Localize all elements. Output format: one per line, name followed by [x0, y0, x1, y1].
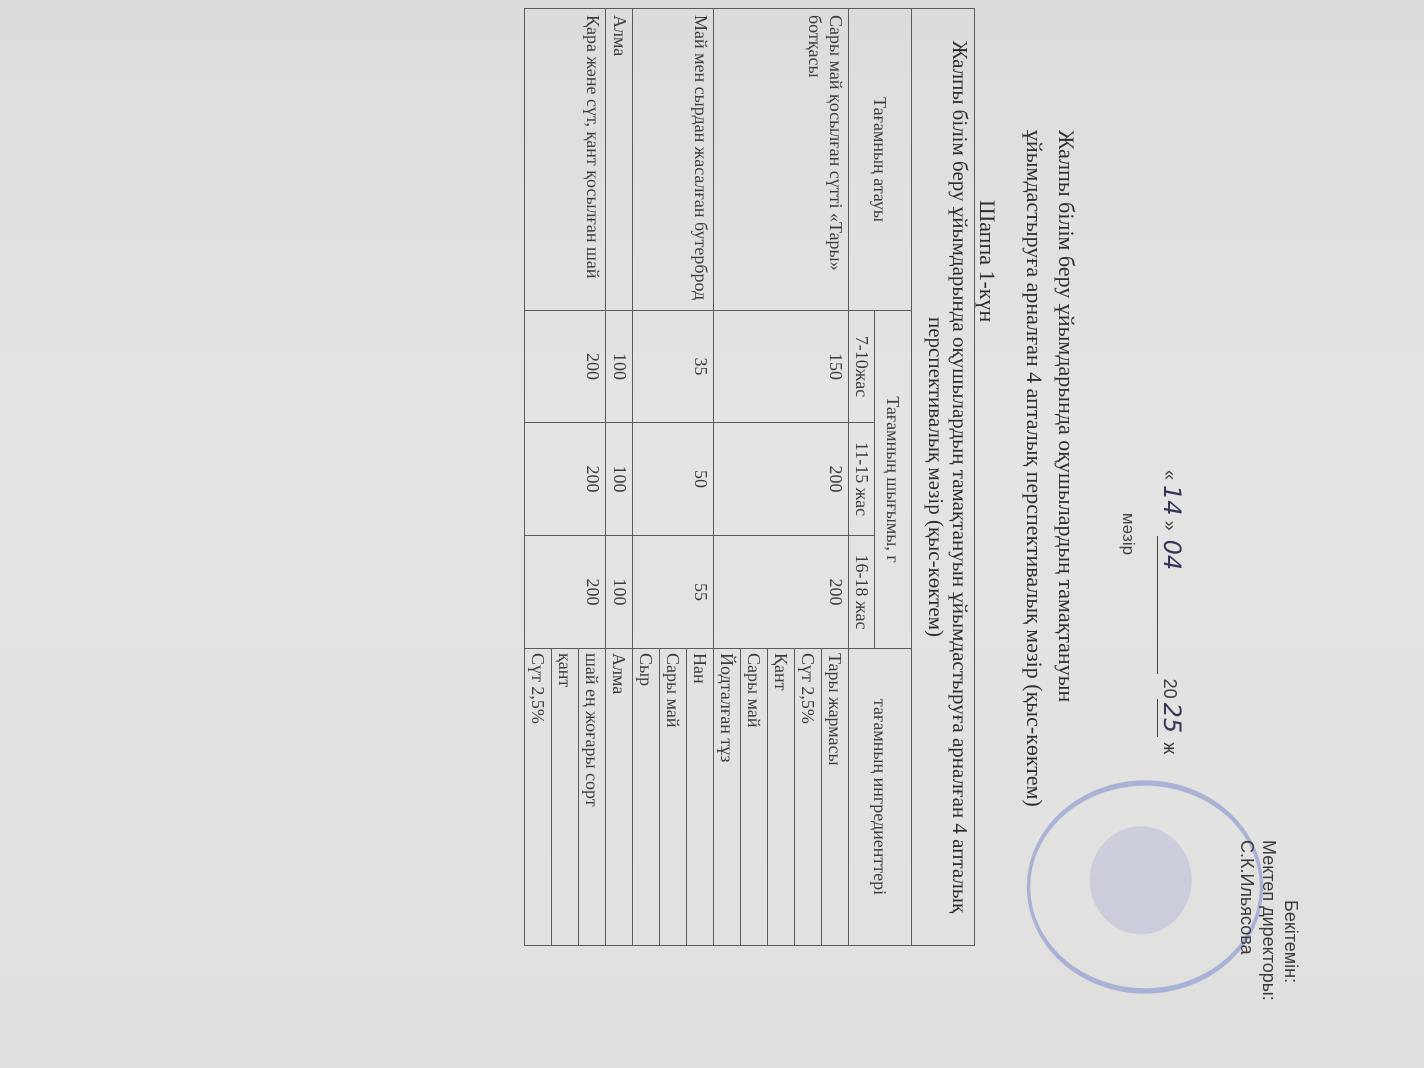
approval-name: С.К.Ильясова: [1236, 840, 1258, 1060]
table-row: Сары май қосылған сүтті «Тары» ботқасы15…: [714, 9, 849, 946]
table-row: Алма100100100Алма: [606, 9, 633, 946]
ingredient-item: Нан: [686, 649, 713, 945]
menu-table: Жалпы білім беру ұйымдарында оқушылардың…: [524, 8, 975, 946]
yield-value: 150: [714, 311, 849, 423]
approval-block: Бекітемін: Мектеп директоры: С.К.Ильясов…: [1236, 840, 1302, 1060]
ingredient-item: Сары май: [659, 649, 686, 945]
approval-date: « 14 » 04 2025 ж: [1157, 470, 1186, 1068]
yield-value: 200: [525, 536, 606, 649]
age-group-1: 7-10жас: [849, 311, 875, 423]
yield-value: 200: [525, 423, 606, 536]
yield-value: 55: [633, 536, 714, 649]
ingredient-item: Йодталған тұз: [714, 649, 740, 945]
date-year-prefix: 20: [1160, 679, 1180, 699]
header-ingredients: тағамның ингредиенттері: [849, 649, 912, 946]
header-yield: Тағамның шығымы, г: [875, 311, 912, 649]
dish-name: Алма: [606, 9, 633, 311]
ingredients-cell: шай ең жоғары сортқантСүт 2,5%: [525, 649, 606, 946]
date-day: 14: [1158, 485, 1186, 516]
ingredient-item: Тары жармасы: [821, 649, 848, 945]
menu-heading: мәзір: [1118, 0, 1138, 1068]
ingredient-item: Сүт 2,5%: [525, 649, 551, 945]
dish-name: Май мен сырдан жасалған бутерброд: [633, 9, 714, 311]
document-page: Бекітемін: Мектеп директоры: С.К.Ильясов…: [0, 0, 1424, 1068]
ingredient-item: шай ең жоғары сорт: [578, 649, 605, 945]
age-group-3: 16-18 жас: [849, 536, 875, 649]
ingredients-cell: НанСары майСыр: [633, 649, 714, 946]
date-year-suffix: 25: [1158, 703, 1186, 734]
dish-name: Сары май қосылған сүтті «Тары» ботқасы: [714, 9, 849, 311]
header-dish-name: Тағамның атауы: [849, 9, 912, 311]
ingredient-item: Қант: [767, 649, 794, 945]
title-line-2: ұйымдастыруға арналған 4 апталық перспек…: [1018, 130, 1050, 1030]
yield-value: 100: [606, 423, 633, 536]
yield-value: 35: [633, 311, 714, 423]
yield-value: 200: [714, 423, 849, 536]
table-title: Жалпы білім беру ұйымдарында оқушылардың…: [912, 9, 975, 946]
yield-value: 50: [633, 423, 714, 536]
ingredients-cell: Алма: [606, 649, 633, 946]
table-row: Май мен сырдан жасалған бутерброд355055Н…: [633, 9, 714, 946]
title-line-1: Жалпы білім беру ұйымдарында оқушылардың…: [1050, 130, 1082, 1030]
yield-value: 100: [606, 536, 633, 649]
ingredient-item: қант: [551, 649, 578, 945]
approval-position: Мектеп директоры:: [1258, 840, 1280, 1060]
ingredient-item: Сары май: [740, 649, 767, 945]
table-title-row: Жалпы білім беру ұйымдарында оқушылардың…: [912, 9, 975, 946]
yield-value: 100: [606, 311, 633, 423]
ingredient-item: Сыр: [633, 649, 659, 945]
approval-label: Бекітемін:: [1280, 840, 1302, 1060]
day-label: Шаппа 1-күн: [974, 200, 1000, 322]
age-group-2: 11-15 жас: [849, 423, 875, 536]
ingredient-item: Алма: [606, 649, 632, 945]
dish-name: Қара және сүт, қант қосылған шай: [525, 9, 606, 311]
ingredients-cell: Тары жармасыСүт 2,5%ҚантСары майЙодталға…: [714, 649, 849, 946]
date-suffix: ж: [1160, 742, 1180, 754]
document-title: Жалпы білім беру ұйымдарында оқушылардың…: [1018, 130, 1082, 1030]
ingredient-item: Сүт 2,5%: [794, 649, 821, 945]
table-header-row: Тағамның атауы Тағамның шығымы, г тағамн…: [875, 9, 912, 946]
table-row: Қара және сүт, қант қосылған шай20020020…: [525, 9, 606, 946]
yield-value: 200: [714, 536, 849, 649]
date-month: 04: [1158, 540, 1186, 571]
yield-value: 200: [525, 311, 606, 423]
